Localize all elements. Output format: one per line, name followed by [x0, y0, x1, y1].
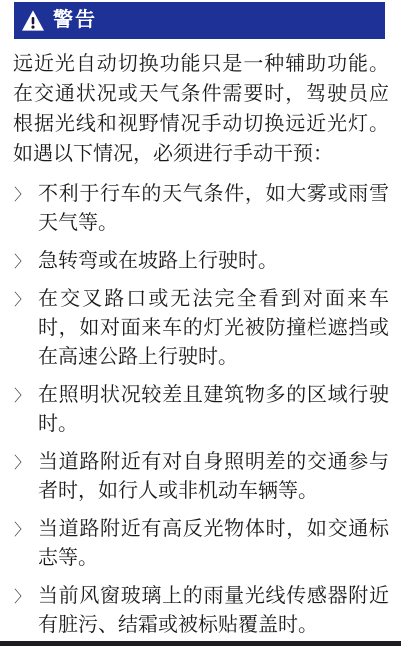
list-item: 〉 不利于行车的天气条件，如大雾或雨雪天气等。 [13, 180, 389, 238]
list-item: 〉 急转弯或在坡路上行驶时。 [13, 247, 389, 276]
chevron-bullet-icon: 〉 [14, 181, 30, 210]
list-item: 〉 当道路附近有对自身照明差的交通参与者时，如行人或非机动车辆等。 [13, 448, 389, 506]
list-item-text: 在照明状况较差且建筑物多的区域行驶时。 [38, 384, 389, 435]
warning-header: 警告 [14, 2, 385, 39]
list-item-text: 不利于行车的天气条件，如大雾或雨雪天气等。 [38, 183, 389, 234]
list-item: 〉 当道路附近有高反光物体时，如交通标志等。 [13, 515, 389, 573]
list-item: 〉 当前风窗玻璃上的雨量光线传感器附近有脏污、结霜或被标贴覆盖时。 [13, 582, 389, 640]
section-divider [0, 641, 401, 646]
warning-intro-text: 远近光自动切换功能只是一种辅助功能。在交通状况或天气条件需要时，驾驶员应根据光线… [13, 49, 389, 169]
chevron-bullet-icon: 〉 [14, 583, 30, 612]
warning-title: 警告 [53, 10, 97, 32]
warning-triangle-icon [22, 10, 44, 31]
chevron-bullet-icon: 〉 [14, 516, 30, 545]
list-item-text: 当道路附近有高反光物体时，如交通标志等。 [38, 518, 389, 569]
chevron-bullet-icon: 〉 [14, 286, 30, 315]
list-item-text: 当前风窗玻璃上的雨量光线传感器附近有脏污、结霜或被标贴覆盖时。 [38, 585, 389, 636]
list-item-text: 在交叉路口或无法完全看到对面来车时，如对面来车的灯光被防撞栏遮挡或在高速公路上行… [38, 288, 389, 368]
manual-page: 警告 远近光自动切换功能只是一种辅助功能。在交通状况或天气条件需要时，驾驶员应根… [0, 0, 401, 647]
list-item-text: 急转弯或在坡路上行驶时。 [38, 250, 278, 272]
list-item: 〉 在交叉路口或无法完全看到对面来车时，如对面来车的灯光被防撞栏遮挡或在高速公路… [13, 285, 389, 372]
chevron-bullet-icon: 〉 [14, 382, 30, 411]
chevron-bullet-icon: 〉 [14, 449, 30, 478]
list-item: 〉 在照明状况较差且建筑物多的区域行驶时。 [13, 381, 389, 439]
list-item-text: 当道路附近有对自身照明差的交通参与者时，如行人或非机动车辆等。 [38, 451, 389, 502]
warning-list: 〉 不利于行车的天气条件，如大雾或雨雪天气等。 〉 急转弯或在坡路上行驶时。 〉… [13, 180, 389, 640]
chevron-bullet-icon: 〉 [14, 248, 30, 277]
